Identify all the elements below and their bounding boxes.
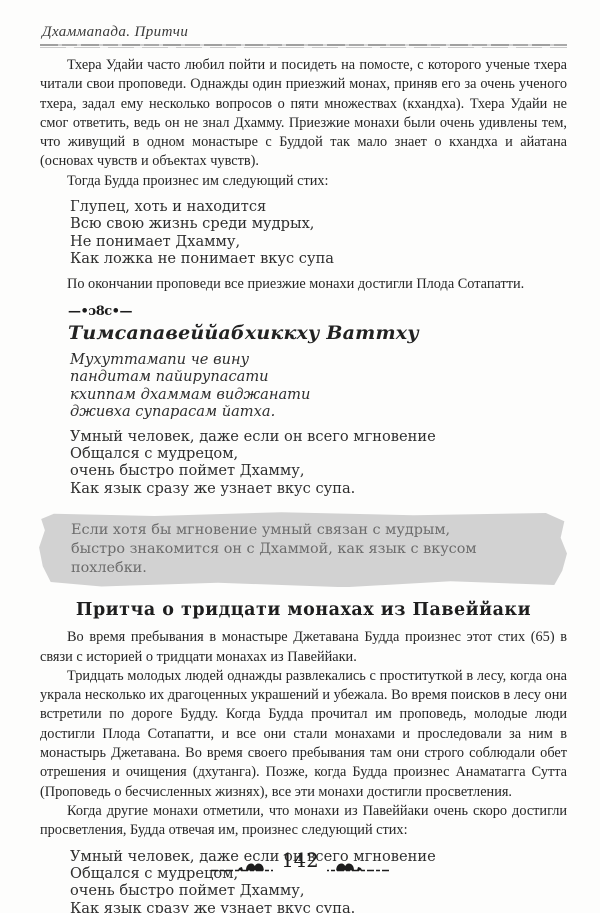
verse-line: очень быстро поймет Дхамму,	[70, 882, 567, 899]
verse-line: Умный человек, даже если он всего мгнове…	[70, 428, 567, 445]
paragraph: Тогда Будда произнес им следующий стих:	[40, 172, 567, 191]
paragraph: Тхера Удайи часто любил пойти и посидеть…	[40, 56, 567, 172]
footer-ornament-right-icon	[326, 858, 390, 873]
paragraph: Тридцать молодых людей однажды развлекал…	[40, 667, 567, 802]
verse-line: очень быстро поймет Дхамму,	[70, 462, 567, 479]
verse-line: Не понимает Дхамму,	[70, 233, 567, 250]
quote-line: Если хотя бы мгновение умный связан с му…	[71, 521, 549, 540]
page-footer: 142	[0, 851, 600, 873]
page-content: Дхаммапада. Притчи Тхера Удайи часто люб…	[0, 0, 600, 913]
paragraph: По окончании проповеди все приезжие мона…	[40, 275, 567, 294]
verse-block: Глупец, хоть и находится Всю свою жизнь …	[70, 198, 567, 268]
verse-line: Мухуттамапи че вину	[70, 351, 567, 368]
paragraph: Во время пребывания в монастыре Джетаван…	[40, 628, 567, 667]
section-title: Тимсапавеййабхиккху Ваттху	[68, 322, 567, 344]
verse-block: Умный человек, даже если он всего мгнове…	[70, 428, 567, 498]
section-divider-ornament-icon: —•ɔ8c•—	[68, 304, 567, 319]
quote-line: быстро знакомится он с Дхаммой, как язык…	[71, 540, 549, 578]
verse-line: Как язык сразу же узнает вкус супа.	[70, 480, 567, 497]
verse-line: Как ложка не понимает вкус супа	[70, 250, 567, 267]
footer-ornament-left-icon	[210, 858, 274, 873]
chapter-heading: Притча о тридцати монахах из Павеййаки	[40, 600, 567, 620]
page-number: 142	[279, 851, 320, 873]
highlighted-quote-block: Если хотя бы мгновение умный связан с му…	[38, 512, 567, 587]
verse-line: дживха супарасам йатха.	[70, 403, 567, 420]
pali-verse-block: Мухуттамапи че вину пандитам пайирупасат…	[70, 351, 567, 421]
verse-line: Общался с мудрецом,	[70, 445, 567, 462]
header-rule	[40, 44, 567, 46]
verse-line: пандитам пайирупасати	[70, 368, 567, 385]
verse-line: Всю свою жизнь среди мудрых,	[70, 215, 567, 232]
running-head: Дхаммапада. Притчи	[40, 24, 567, 41]
paragraph: Когда другие монахи отметили, что монахи…	[40, 802, 567, 841]
verse-line: Как язык сразу же узнает вкус супа.	[70, 900, 567, 913]
verse-line: кхиппам дхаммам виджанати	[70, 386, 567, 403]
book-page: Дхаммапада. Притчи Тхера Удайи часто люб…	[0, 0, 600, 913]
header-rule-echo	[40, 47, 567, 48]
verse-line: Глупец, хоть и находится	[70, 198, 567, 215]
